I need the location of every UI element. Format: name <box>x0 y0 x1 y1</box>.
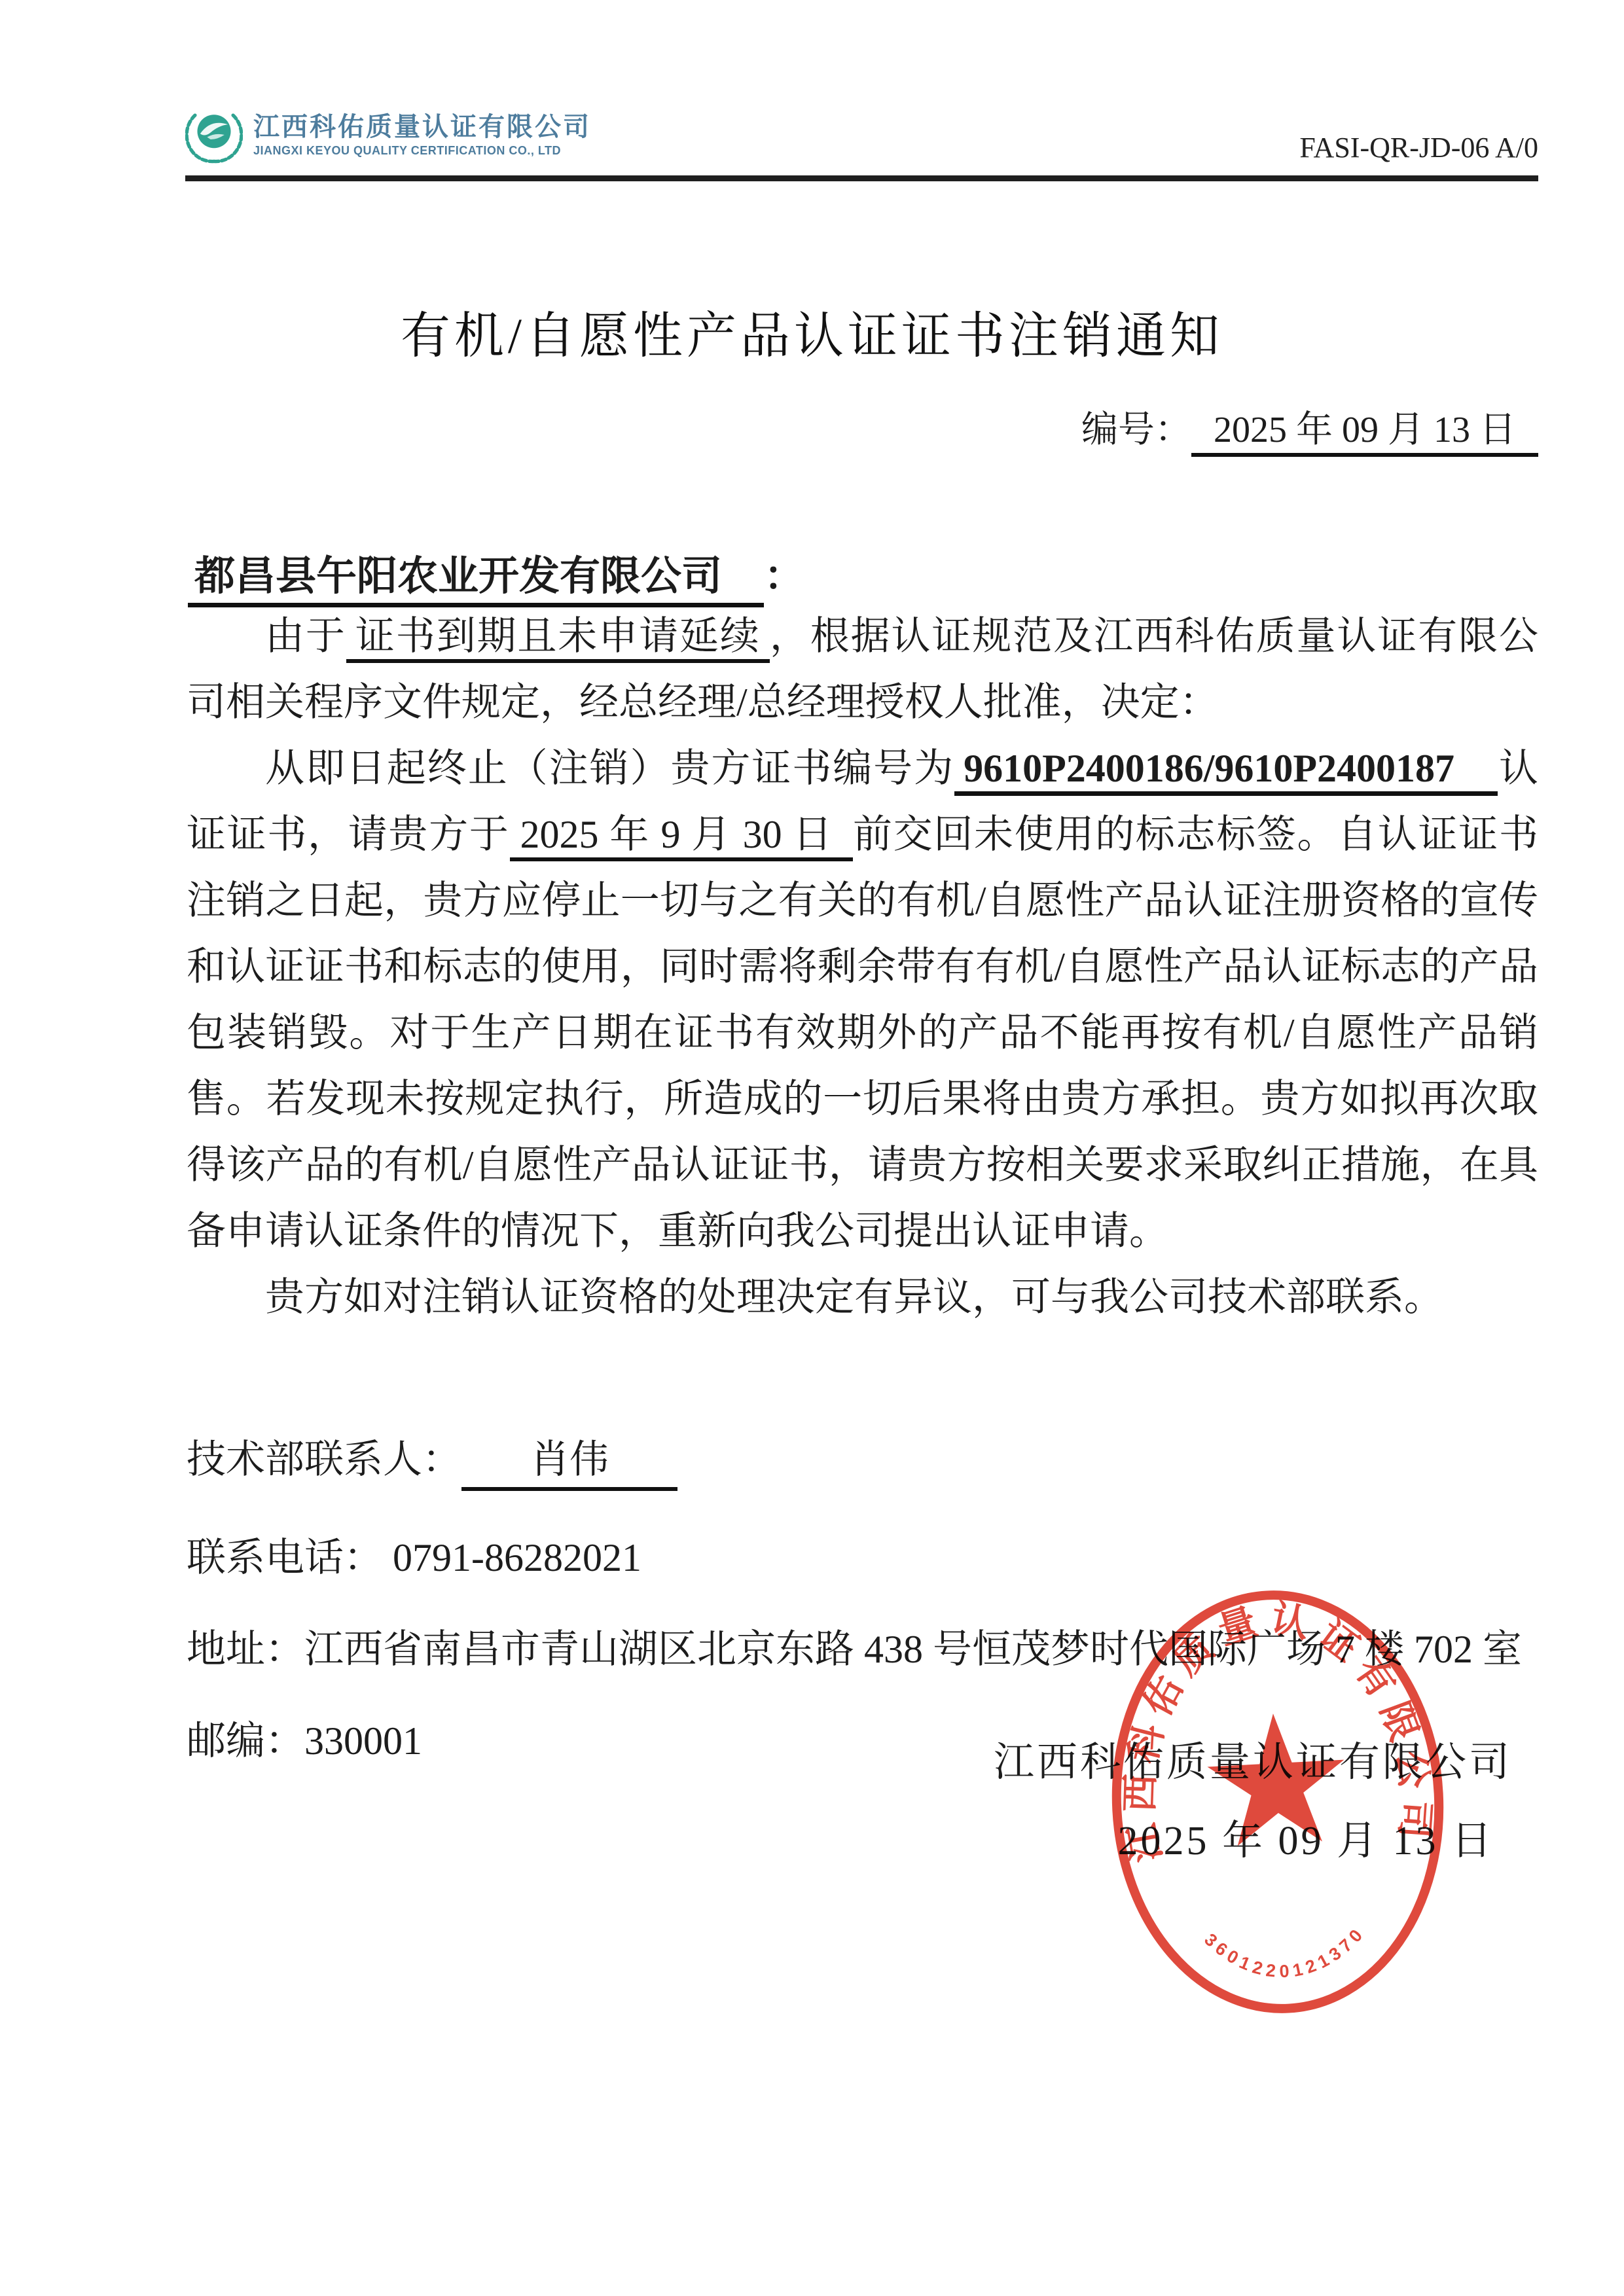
body-text: 由于证书到期且未申请延续，根据认证规范及江西科佑质量认证有限公司相关程序文件规定… <box>187 603 1538 1331</box>
contact-phone-value: 0791-86282021 <box>393 1536 641 1579</box>
seal-serial-number: 3601220121370 <box>1200 1922 1371 1986</box>
logo-company-name-cn: 江西科佑质量认证有限公司 <box>253 113 591 141</box>
paragraph-reason: 由于证书到期且未申请延续，根据认证规范及江西科佑质量认证有限公司相关程序文件规定… <box>187 603 1538 736</box>
contact-person-label: 技术部联系人： <box>187 1438 461 1481</box>
recipient-company: 都昌县午阳农业开发有限公司 <box>188 554 764 607</box>
contact-phone-label: 联系电话： <box>187 1536 383 1579</box>
certificate-numbers: 9610P2400186/9610P2400187 <box>954 747 1498 796</box>
logo-company-name-en: JIANGXI KEYOU QUALITY CERTIFICATION CO.,… <box>253 145 591 157</box>
recipient-line: 都昌县午阳农业开发有限公司： <box>188 543 804 601</box>
contact-zip-value: 330001 <box>304 1719 422 1763</box>
page-title: 有机/自愿性产品认证证书注销通知 <box>0 296 1624 367</box>
paragraph-objection: 贵方如对注销认证资格的处理决定有异议，可与我公司技术部联系。 <box>187 1265 1538 1331</box>
contact-person-row: 技术部联系人：肖伟 <box>187 1428 1522 1491</box>
company-logo: 江西科佑质量认证有限公司 JIANGXI KEYOU QUALITY CERTI… <box>185 105 591 165</box>
p2-lead: 从即日起终止（注销）贵方证书编号为 <box>265 747 954 790</box>
header-divider <box>185 175 1538 181</box>
company-seal-stamp: 江西科佑质量认证有限公司 3601220121370 <box>1094 1581 1461 2024</box>
doc-number-value: 2025 年 09 月 13 日 <box>1191 410 1538 457</box>
contact-address-label: 地址： <box>187 1628 304 1671</box>
document-page: 江西科佑质量认证有限公司 JIANGXI KEYOU QUALITY CERTI… <box>0 0 1624 2296</box>
return-deadline-date: 2025 年 9 月 30 日 <box>510 813 854 861</box>
seal-star-icon <box>1204 1710 1348 1848</box>
contact-phone-row: 联系电话： 0791-86282021 <box>187 1526 1522 1583</box>
svg-text:3601220121370: 3601220121370 <box>1200 1922 1371 1986</box>
document-code: FASI-QR-JD-06 A/0 <box>1299 131 1538 164</box>
recipient-colon: ： <box>764 554 804 599</box>
p1-lead: 由于 <box>265 615 346 658</box>
logo-wreath-icon <box>185 105 243 165</box>
doc-number-label: 编号： <box>1081 410 1191 450</box>
p1-reason-underlined: 证书到期且未申请延续 <box>346 615 770 663</box>
paragraph-decision: 从即日起终止（注销）贵方证书编号为9610P2400186/9610P24001… <box>187 736 1538 1265</box>
doc-number-line: 编号：2025 年 09 月 13 日 <box>1081 401 1538 453</box>
contact-person-name: 肖伟 <box>461 1428 677 1491</box>
contact-zip-label: 邮编： <box>187 1719 304 1763</box>
p2-rest: 前交回未使用的标志标签。自认证证书注销之日起，贵方应停止一切与之有关的有机/自愿… <box>187 813 1538 1253</box>
